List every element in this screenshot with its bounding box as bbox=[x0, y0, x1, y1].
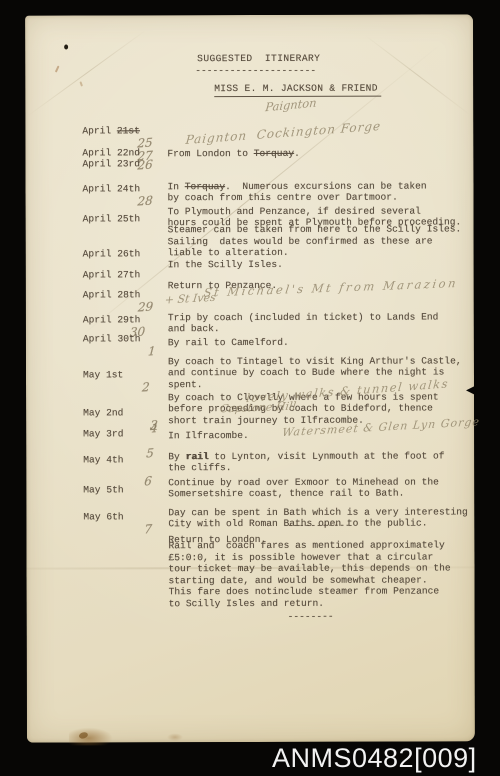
ink-dot bbox=[64, 44, 68, 49]
itinerary-row-april-29: April 29th 30 By rail to Camelford. bbox=[26, 301, 474, 302]
document-title: SUGGESTED ITINERARY bbox=[197, 53, 320, 65]
archive-reference-label: ANMS0482[009] bbox=[272, 743, 477, 773]
document-subtitle: MISS E. M. JACKSON & FRIEND bbox=[214, 83, 381, 97]
date-label: May 6th bbox=[83, 511, 123, 523]
date-label: April 29th bbox=[83, 314, 141, 326]
itinerary-text: Trip by coach (included in ticket) to La… bbox=[168, 311, 478, 335]
itinerary-row-april-24: April 24th 28 To Plymouth and Penzance, … bbox=[25, 170, 473, 171]
pencil-day-number: 5 bbox=[146, 445, 181, 460]
itinerary-row-may-4: May 4th 5 Continue by road over Exmoor t… bbox=[26, 441, 474, 442]
strikethrough-text: Torquay bbox=[185, 181, 225, 192]
paper-crease-top-left bbox=[27, 30, 146, 117]
faint-stain bbox=[167, 733, 183, 741]
itinerary-text: By rail to Camelford. bbox=[168, 336, 478, 348]
pencil-day-number: 4 bbox=[150, 420, 185, 435]
pencil-day-number: 27 bbox=[137, 148, 172, 163]
date-label: April 30th bbox=[83, 333, 141, 345]
date-label: May 2nd bbox=[83, 407, 123, 419]
strikethrough-text: 21st bbox=[117, 125, 140, 136]
separator-dashes-top: ----------- bbox=[287, 520, 350, 532]
date-label: May 1st bbox=[83, 369, 123, 381]
date-label: April 24th bbox=[82, 183, 140, 195]
date-label: April 28th bbox=[83, 289, 141, 301]
photo-background: { "archive_label": "ANMS0482[009]", "pal… bbox=[0, 0, 500, 776]
bottom-left-stain-spot bbox=[78, 731, 88, 739]
itinerary-text: Steamer can be taken from here to the Sc… bbox=[168, 223, 478, 258]
date-label: May 5th bbox=[83, 484, 123, 496]
date-label: May 3rd bbox=[83, 428, 123, 440]
date-label: April 23rd bbox=[82, 158, 140, 170]
separator-dashes-bottom: -------- bbox=[288, 611, 334, 623]
itinerary-row-april-21: April 21st 25 From London to Torquay. bbox=[25, 112, 473, 113]
itinerary-text: In the Scilly Isles. bbox=[168, 258, 478, 270]
itinerary-text: In Torquay. Numerous excursions can be t… bbox=[167, 180, 477, 204]
overtyped-bold-text: rail bbox=[185, 451, 208, 462]
paper-crease-top-right bbox=[364, 35, 470, 116]
itinerary-text: Continue by road over Exmoor to Minehead… bbox=[168, 476, 478, 500]
itinerary-text: From London to Torquay. bbox=[167, 147, 477, 159]
pencil-annotation-cockington-forge: Paignton Cockington Forge bbox=[185, 119, 382, 147]
date-label: April 25th bbox=[83, 213, 141, 225]
pencil-annotation-paignton: Paignton bbox=[265, 95, 317, 114]
date-label: April 26th bbox=[83, 248, 141, 260]
date-label: April 21st bbox=[82, 125, 140, 137]
scratch-mark bbox=[55, 65, 60, 72]
itinerary-text: By rail to Lynton, visit Lynmouth at the… bbox=[168, 450, 478, 474]
bottom-left-stain bbox=[69, 727, 113, 745]
date-label: April 22nd bbox=[82, 147, 140, 159]
fares-note-paragraph: Rail and coach fares as mentioned approx… bbox=[168, 539, 480, 609]
date-label: May 4th bbox=[83, 454, 123, 466]
date-label: April 27th bbox=[83, 269, 141, 281]
strikethrough-text: Torquay bbox=[254, 147, 294, 158]
scratch-mark bbox=[79, 81, 83, 86]
pencil-day-number: 6 bbox=[144, 473, 179, 488]
title-underline-dashes: --------------------- bbox=[195, 65, 316, 77]
document-paper: SUGGESTED ITINERARY --------------------… bbox=[25, 14, 475, 742]
